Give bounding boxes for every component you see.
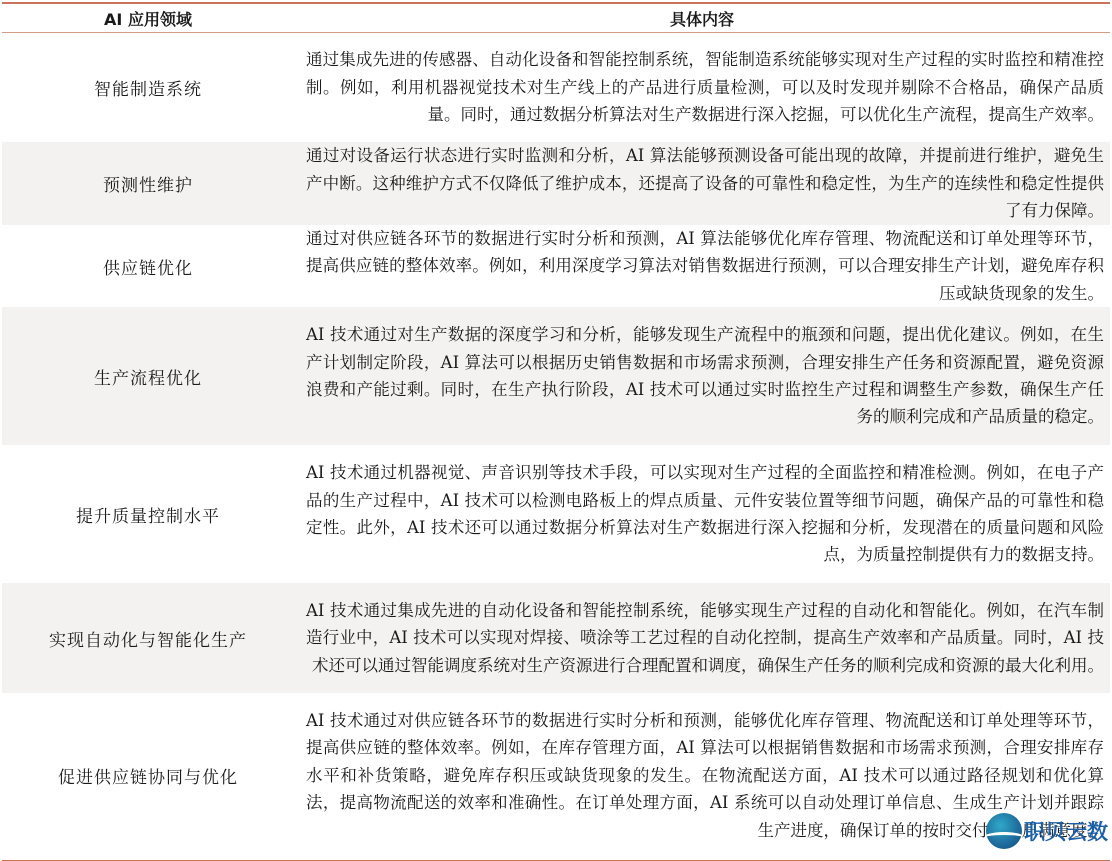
header-content: 具体内容 xyxy=(294,7,1110,30)
content-cell: AI 技术通过机器视觉、声音识别等技术手段，可以实现对生产过程的全面监控和精准检… xyxy=(294,459,1110,569)
table-row: 智能制造系统 通过集成先进的传感器、自动化设备和智能控制系统，智能制造系统能够实… xyxy=(2,33,1110,142)
area-cell: 实现自动化与智能化生产 xyxy=(2,626,294,651)
ai-application-table: AI 应用领域 具体内容 智能制造系统 通过集成先进的传感器、自动化设备和智能控… xyxy=(2,2,1110,861)
brand-name: 职贝云数 xyxy=(1024,816,1108,846)
table-header: AI 应用领域 具体内容 xyxy=(2,4,1110,33)
table-row: 供应链优化 通过对供应链各环节的数据进行实时分析和预测，AI 算法能够优化库存管… xyxy=(2,225,1110,307)
table-row: 提升质量控制水平 AI 技术通过机器视觉、声音识别等技术手段，可以实现对生产过程… xyxy=(2,445,1110,583)
globe-wave-icon xyxy=(986,813,1022,849)
content-cell: 通过对设备运行状态进行实时监测和分析，AI 算法能够预测设备可能出现的故障，并提… xyxy=(294,142,1110,224)
table-row: 促进供应链协同与优化 AI 技术通过对供应链各环节的数据进行实时分析和预测，能够… xyxy=(2,693,1110,858)
content-cell: 通过对供应链各环节的数据进行实时分析和预测，AI 算法能够优化库存管理、物流配送… xyxy=(294,225,1110,307)
area-cell: 预测性维护 xyxy=(2,171,294,196)
header-area: AI 应用领域 xyxy=(2,7,294,30)
table-row: 实现自动化与智能化生产 AI 技术通过集成先进的自动化设备和智能控制系统，能够实… xyxy=(2,583,1110,693)
area-cell: 提升质量控制水平 xyxy=(2,502,294,527)
area-cell: 智能制造系统 xyxy=(2,75,294,100)
area-cell: 促进供应链协同与优化 xyxy=(2,763,294,788)
watermark-logo: 职贝云数 xyxy=(986,813,1108,849)
area-cell: 生产流程优化 xyxy=(2,364,294,389)
table-row: 预测性维护 通过对设备运行状态进行实时监测和分析，AI 算法能够预测设备可能出现… xyxy=(2,142,1110,225)
content-cell: AI 技术通过对生产数据的深度学习和分析，能够发现生产流程中的瓶颈和问题，提出优… xyxy=(294,321,1110,431)
area-cell: 供应链优化 xyxy=(2,254,294,279)
content-cell: AI 技术通过集成先进的自动化设备和智能控制系统，能够实现生产过程的自动化和智能… xyxy=(294,597,1110,679)
table-row: 生产流程优化 AI 技术通过对生产数据的深度学习和分析，能够发现生产流程中的瓶颈… xyxy=(2,307,1110,445)
content-cell: 通过集成先进的传感器、自动化设备和智能控制系统，智能制造系统能够实现对生产过程的… xyxy=(294,46,1110,128)
